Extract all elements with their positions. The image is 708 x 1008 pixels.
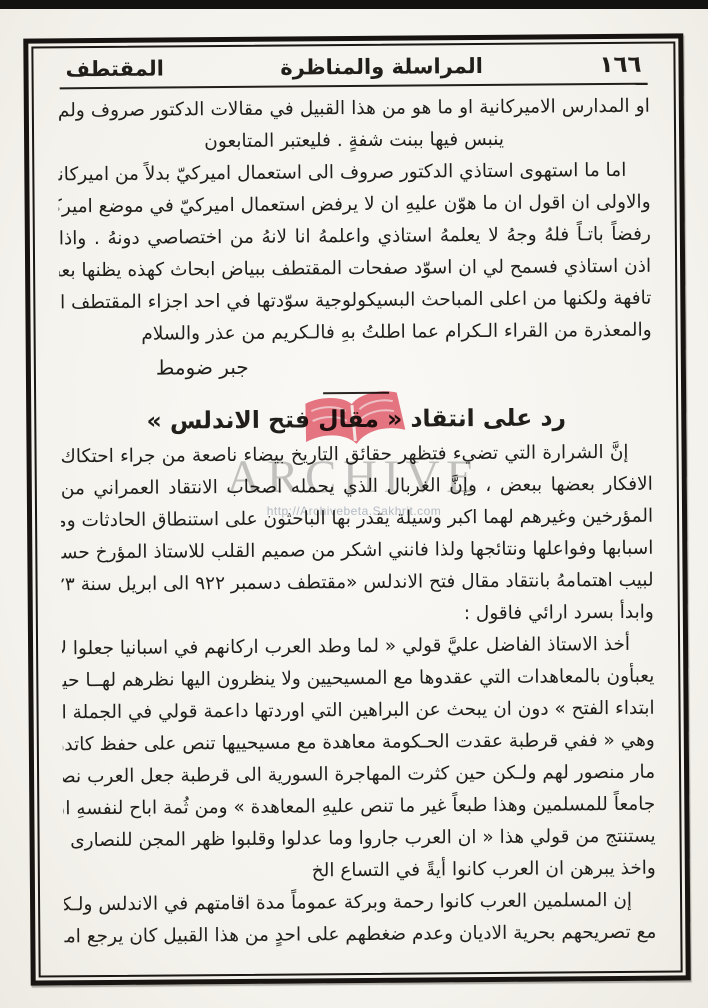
- header-rule: [60, 83, 648, 90]
- page-frame-inner: ١٦٦ المراسلة والمناظرة المقتطف او المدار…: [31, 41, 682, 977]
- text-line: ينبس فيها ببنت شفةٍ . فليعتبر المتابعون: [58, 123, 650, 160]
- journal-header: ١٦٦ المراسلة والمناظرة المقتطف: [57, 50, 649, 83]
- page-frame: ١٦٦ المراسلة والمناظرة المقتطف او المدار…: [23, 33, 690, 985]
- prev-article-text: او المدارس الاميركانية او ما هو من هذا ا…: [58, 91, 652, 352]
- text-line: اذن استاذي فسمح لي ان اسوّد صفحات المقتط…: [59, 251, 651, 288]
- text-line: يعبأون بالمعاهدات التي عقدوها مع المسيحي…: [62, 661, 654, 698]
- text-line: جامعاً للمسلمين وهذا طبعاً غير ما تنص عل…: [63, 789, 655, 826]
- text-line: تافهة ولكنها من اعلى المباحث البسيكولوجي…: [59, 283, 651, 320]
- text-line: رفضاً باتـاً فلهُ وجهُ لا يعلمهُ استاذي …: [59, 219, 651, 256]
- article-paragraph-1: إنَّ الشرارة التي تضيء فتظهر حقائق التار…: [60, 437, 653, 634]
- text-line: والمعذرة من القراء الـكرام عما اطلتُ بهِ…: [59, 315, 651, 352]
- text-line: إنَّ الشرارة التي تضيء فتظهر حقائق التار…: [60, 437, 652, 474]
- section-title: المراسلة والمناظرة: [280, 54, 483, 80]
- text-line: أخذ الاستاذ الفاضل عليَّ قولي « لما وطد …: [62, 629, 654, 666]
- article-body: إنَّ الشرارة التي تضيء فتظهر حقائق التار…: [60, 437, 656, 954]
- article-heading: رد على انتقاد « مقال فتح الاندلس »: [60, 399, 652, 442]
- text-line: الافكار بعضها ببعض ، وإنَّ الغربال الذي …: [61, 469, 653, 506]
- text-line: اما ما استهوى استاذي الدكتور صروف الى اس…: [58, 155, 650, 192]
- text-line: واخذ يبرهن ان العرب كانوا أيةً في التساع…: [64, 853, 656, 890]
- text-line: إن المسلمين العرب كانوا رحمة وبركة عموما…: [64, 885, 656, 922]
- text-line: اسبابها وفواعلها ونتائجها ولذا فانني اشك…: [61, 533, 653, 570]
- signature: جبر ضومط: [60, 347, 652, 386]
- section-divider: [323, 392, 389, 395]
- article-paragraph-2: أخذ الاستاذ الفاضل عليَّ قولي « لما وطد …: [62, 629, 656, 890]
- text-line: مع تصريحهم بحرية الاديان وعدم ضغطهم على …: [64, 917, 656, 954]
- text-line: مار منصور لهم ولـكن حين كثرت المهاجرة ال…: [63, 757, 655, 794]
- text-line: ابتداء الفتح » دون ان يبحث عن البراهين ا…: [62, 693, 654, 730]
- text-line: او المدارس الاميركانية او ما هو من هذا ا…: [58, 91, 650, 128]
- text-line: لبيب اهتمامهُ بانتقاد مقال فتح الاندلس «…: [61, 565, 653, 602]
- scan-edge-bar: [0, 0, 708, 9]
- text-line: المؤرخين وغيرهم لهما اكبر وسيلة يقدر بها…: [61, 501, 653, 538]
- text-line: والاولى ان اقول ان ما هوّن عليهِ ان لا ي…: [58, 187, 650, 224]
- text-line: وابدأ بسرد ارائي فاقول :: [62, 597, 654, 634]
- text-line: وهي « ففي قرطبة عقدت الحـكومة معاهدة مع …: [63, 725, 655, 762]
- article-paragraph-3: إن المسلمين العرب كانوا رحمة وبركة عموما…: [64, 885, 656, 954]
- page-number: ١٦٦: [599, 52, 641, 78]
- text-line: يستنتج من قولي هذا « ان العرب جاروا وما …: [63, 821, 655, 858]
- journal-name: المقتطف: [65, 57, 164, 82]
